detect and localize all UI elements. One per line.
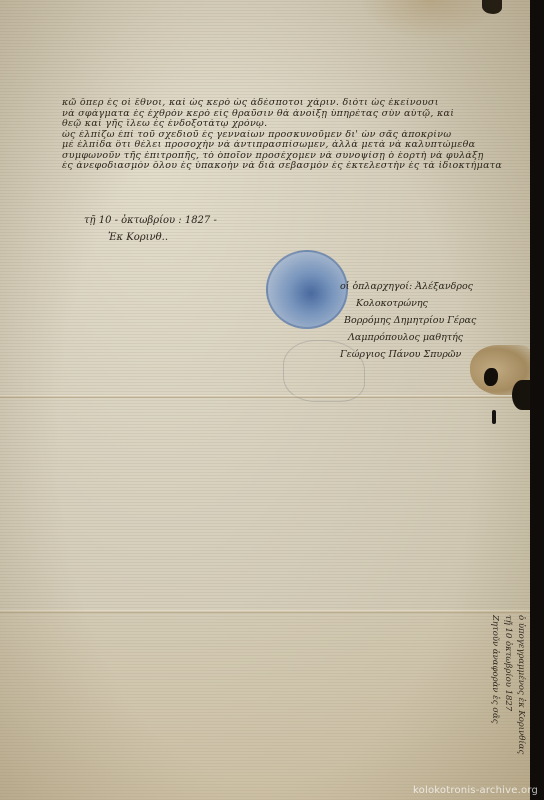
signature-block: οἱ ὁπλαρχηγοί: Ἀλέξανδρος Κολοκοτρώνης Β… <box>340 278 476 363</box>
top-tear <box>482 0 502 14</box>
wax-seal-stamp <box>266 250 348 329</box>
body-line: ὡς ἐλπίζω ἐπί τοῦ σχεδιοῦ ἐς γενναίων πρ… <box>62 130 522 141</box>
body-line: συμφωνοῦν τῆς ἐπιτροπῆς, τὸ ὁποῖον προσέ… <box>62 151 522 162</box>
water-stain <box>360 0 500 40</box>
body-line: κῶ ὅπερ ἐς οἱ ἔθνοι, καὶ ὡς κερὸ ὡς ἀδέσ… <box>62 98 522 109</box>
signature: Λαμπρόπουλος μαθητής <box>340 329 476 346</box>
endorsement-line: τῇ 10 ὀκτωβρίου 1827 <box>501 615 514 754</box>
signature: Κολοκοτρώνης <box>340 295 476 312</box>
body-line: μὲ ἐλπίδα ὅτι θέλει προσοχὴν νὰ ἀντιπρασ… <box>62 140 522 151</box>
paper-hole <box>512 380 532 410</box>
endorsement-line: Ζητοῦν ἀναφορὰν ἐς σᾶς <box>488 615 501 754</box>
endorsement-line: ὁ ὑπογεγραμμένος ἐκ Κορινθίας <box>514 615 527 754</box>
paper-watermark-sketch <box>283 340 365 402</box>
archive-watermark: kolokotronis-archive.org <box>413 785 538 796</box>
paper-fold <box>0 395 532 398</box>
letter-place: Ἐκ Κορινθ.. <box>108 232 168 243</box>
paper-hole <box>484 368 498 386</box>
lower-fold-panel <box>0 612 532 800</box>
signature: Βορρόμης Δημητρίου Γέρας <box>340 312 476 329</box>
body-line: νὰ σφάγματα ἐς ἐχθρὸν κερὸ εἰς θραῦσιν θ… <box>62 109 522 120</box>
scan-background-edge <box>530 0 544 800</box>
paper-fold <box>0 610 532 613</box>
manuscript-page: κῶ ὅπερ ἐς οἱ ἔθνοι, καὶ ὡς κερὸ ὡς ἀδέσ… <box>0 0 532 800</box>
signature: οἱ ὁπλαρχηγοί: Ἀλέξανδρος <box>340 278 476 295</box>
letter-date: τῇ 10 - ὀκτωβρίου : 1827 - <box>84 215 217 226</box>
archival-endorsement: ἀρ. 771. ὁ ὑπογεγραμμένος ἐκ Κορινθίας τ… <box>470 615 536 795</box>
body-line: ἐς ἀνεφοδιασμὸν ὅλου ἐς ὑπακοὴν νὰ διὰ σ… <box>62 161 522 172</box>
body-line: θεῷ καὶ γῆς ἵλεω ἐς ἐνδοξοτάτῳ χρόνῳ. <box>62 119 522 130</box>
letter-body: κῶ ὅπερ ἐς οἱ ἔθνοι, καὶ ὡς κερὸ ὡς ἀδέσ… <box>62 98 522 172</box>
ink-blot <box>492 410 496 424</box>
